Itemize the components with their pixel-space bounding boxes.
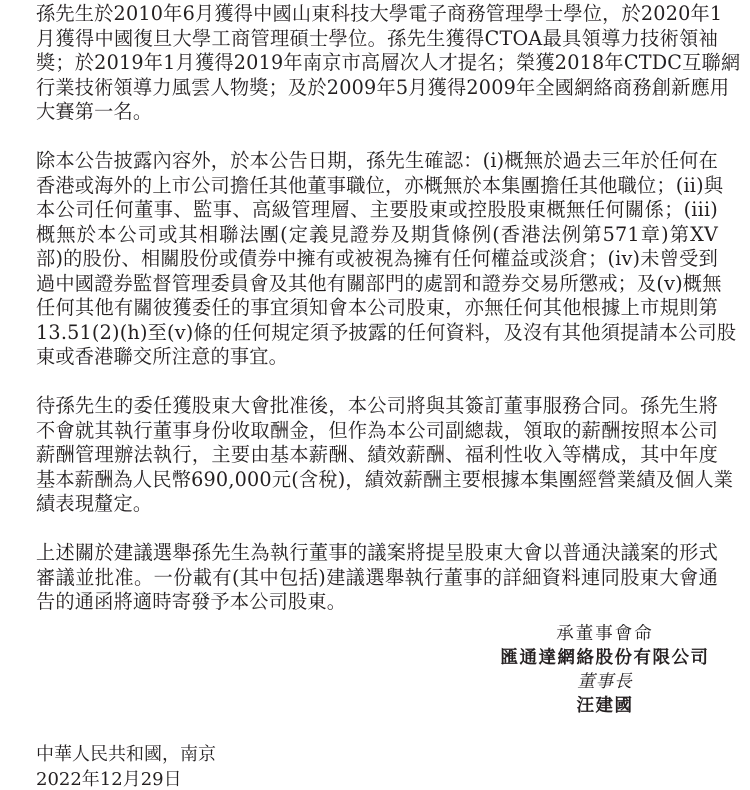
signatory-title: 董事長 <box>490 670 720 694</box>
announcement-body: 孫先生於2010年6月獲得中國山東科技大學電子商務管理學士學位，於2020年1 … <box>36 2 718 639</box>
text-line: 績表現釐定。 <box>36 492 718 517</box>
text-line: 部)的股份、相關股份或債券中擁有或被視為擁有任何權益或淡倉；(iv)未曾受到 <box>36 247 718 272</box>
signatory-name: 汪建國 <box>490 694 720 718</box>
text-line: 上述關於建議選舉孫先生為執行董事的議案將提呈股東大會以普通決議案的形式 <box>36 541 718 566</box>
signature-block: 承董事會命 匯通達網絡股份有限公司 董事長 汪建國 <box>490 622 720 718</box>
place: 中華人民共和國，南京 <box>36 742 216 767</box>
text-line: 本公司任何董事、監事、高級管理層、主要股東或控股股東概無任何關係；(iii) <box>36 198 718 223</box>
text-line: 不會就其執行董事身份收取酬金，但作為本公司副總裁，領取的薪酬按照本公司 <box>36 419 718 444</box>
text-line: 東或香港聯交所注意的事宜。 <box>36 345 718 370</box>
text-line: 大賽第一名。 <box>36 100 718 125</box>
place-and-date: 中華人民共和國，南京 2022年12月29日 <box>36 742 216 790</box>
text-line: 香港或海外的上市公司擔任其他董事職位，亦概無於本集團擔任其他職位；(ii)與 <box>36 174 718 199</box>
date: 2022年12月29日 <box>36 767 216 790</box>
text-line: 13.51(2)(h)至(v)條的任何規定須予披露的任何資料，及沒有其他須提請本… <box>36 321 718 346</box>
paragraph-remuneration: 待孫先生的委任獲股東大會批准後，本公司將與其簽訂董事服務合同。孫先生將 不會就其… <box>36 394 718 517</box>
text-line: 審議並批准。一份載有(其中包括)建議選舉執行董事的詳細資料連同股東大會通 <box>36 566 718 591</box>
paragraph-resolution: 上述關於建議選舉孫先生為執行董事的議案將提呈股東大會以普通決議案的形式 審議並批… <box>36 541 718 615</box>
text-line: 告的通函將適時寄發予本公司股東。 <box>36 590 718 615</box>
text-line: 過中國證券監督管理委員會及其他有關部門的處罰和證券交易所懲戒；及(v)概無 <box>36 272 718 297</box>
by-order-of-board: 承董事會命 <box>490 622 720 646</box>
text-line: 任何其他有關彼獲委任的事宜須知會本公司股東，亦無任何其他根據上市規則第 <box>36 296 718 321</box>
text-line: 待孫先生的委任獲股東大會批准後，本公司將與其簽訂董事服務合同。孫先生將 <box>36 394 718 419</box>
text-line: 孫先生於2010年6月獲得中國山東科技大學電子商務管理學士學位，於2020年1 <box>36 2 718 27</box>
text-line: 月獲得中國復旦大學工商管理碩士學位。孫先生獲得CTOA最具領導力技術領袖 <box>36 27 718 52</box>
text-line: 獎；於2019年1月獲得2019年南京市高層次人才提名；榮獲2018年CTDC互… <box>36 51 718 76</box>
text-line: 行業技術領導力風雲人物獎；及於2009年5月獲得2009年全國網絡商務創新應用 <box>36 76 718 101</box>
paragraph-confirmations: 除本公告披露內容外，於本公告日期，孫先生確認：(i)概無於過去三年於任何在 香港… <box>36 149 718 370</box>
company-name: 匯通達網絡股份有限公司 <box>490 646 720 670</box>
text-line: 薪酬管理辦法執行，主要由基本薪酬、績效薪酬、福利性收入等構成，其中年度 <box>36 443 718 468</box>
paragraph-education: 孫先生於2010年6月獲得中國山東科技大學電子商務管理學士學位，於2020年1 … <box>36 2 718 125</box>
text-line: 基本薪酬為人民幣690,000元(含稅)，績效薪酬主要根據本集團經營業績及個人業 <box>36 468 718 493</box>
text-line: 除本公告披露內容外，於本公告日期，孫先生確認：(i)概無於過去三年於任何在 <box>36 149 718 174</box>
text-line: 概無於本公司或其相聯法團(定義見證券及期貨條例(香港法例第571章)第XV <box>36 223 718 248</box>
